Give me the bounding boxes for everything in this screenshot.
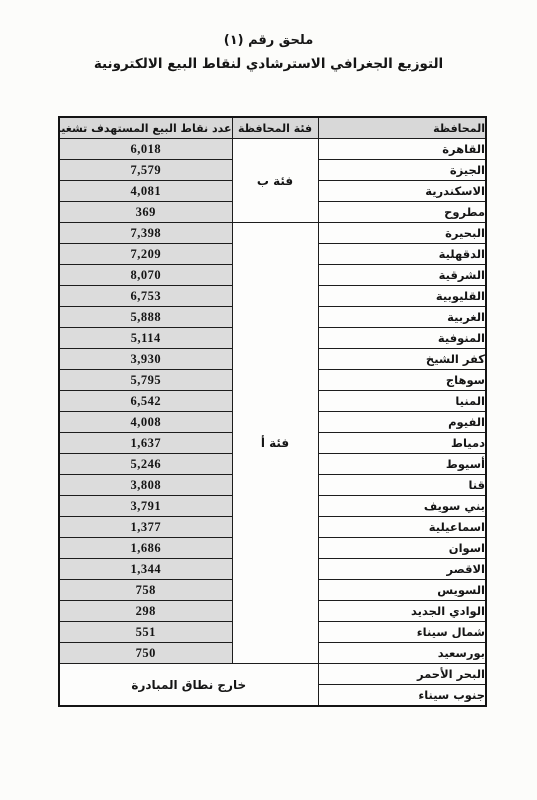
governorate-cell: دمياط [318, 433, 486, 454]
governorate-cell: سوهاج [318, 370, 486, 391]
governorate-cell: بني سويف [318, 496, 486, 517]
header-target-pos: عدد نقاط البيع المستهدف تشغيلها [59, 117, 232, 139]
value-cell: 7,209 [59, 244, 232, 265]
value-cell: 4,081 [59, 181, 232, 202]
governorate-cell: الدقهلية [318, 244, 486, 265]
governorate-cell: المنيا [318, 391, 486, 412]
value-cell: 551 [59, 622, 232, 643]
appendix-number: ملحق رقم (١) [0, 30, 537, 52]
table-row: البحيرةفئة أ7,398 [59, 223, 486, 244]
governorate-cell: الوادي الجديد [318, 601, 486, 622]
value-cell: 3,930 [59, 349, 232, 370]
value-cell: 369 [59, 202, 232, 223]
value-cell: 1,686 [59, 538, 232, 559]
header-category: فئة المحافظة [232, 117, 318, 139]
value-cell: 4,008 [59, 412, 232, 433]
governorate-cell: مطروح [318, 202, 486, 223]
governorate-cell: الاقصر [318, 559, 486, 580]
table-row: البحر الأحمرخارج نطاق المبادرة [59, 664, 486, 685]
scanned-document-page: { "page": { "title_line1": "ملحق رقم (١)… [0, 0, 537, 800]
value-cell: 3,808 [59, 475, 232, 496]
value-cell: 1,377 [59, 517, 232, 538]
value-cell: 8,070 [59, 265, 232, 286]
governorate-cell: الفيوم [318, 412, 486, 433]
value-cell: 3,791 [59, 496, 232, 517]
table-row: القاهرةفئة ب6,018 [59, 139, 486, 160]
value-cell: 1,637 [59, 433, 232, 454]
value-cell: 6,542 [59, 391, 232, 412]
governorate-cell: قنا [318, 475, 486, 496]
document-title: التوزيع الجغرافي الاسترشادي لنقاط البيع … [0, 52, 537, 76]
governorate-cell: الاسكندرية [318, 181, 486, 202]
value-cell: 6,018 [59, 139, 232, 160]
outside-scope-cell: خارج نطاق المبادرة [59, 664, 318, 707]
table-header-row: المحافظة فئة المحافظة عدد نقاط البيع الم… [59, 117, 486, 139]
value-cell: 758 [59, 580, 232, 601]
value-cell: 5,246 [59, 454, 232, 475]
value-cell: 750 [59, 643, 232, 664]
category-cell: فئة ب [232, 139, 318, 223]
value-cell: 6,753 [59, 286, 232, 307]
governorate-cell: جنوب سيناء [318, 685, 486, 707]
governorate-cell: البحر الأحمر [318, 664, 486, 685]
governorate-cell: القليوبية [318, 286, 486, 307]
category-cell: فئة أ [232, 223, 318, 664]
governorate-cell: البحيرة [318, 223, 486, 244]
governorate-cell: الغربية [318, 307, 486, 328]
value-cell: 5,114 [59, 328, 232, 349]
header-governorate: المحافظة [318, 117, 486, 139]
governorate-cell: القاهرة [318, 139, 486, 160]
value-cell: 1,344 [59, 559, 232, 580]
value-cell: 5,888 [59, 307, 232, 328]
governorate-cell: اسوان [318, 538, 486, 559]
governorate-cell: المنوفية [318, 328, 486, 349]
governorate-cell: أسيوط [318, 454, 486, 475]
governorate-cell: الجيزة [318, 160, 486, 181]
governorate-cell: شمال سيناء [318, 622, 486, 643]
governorate-cell: كفر الشيخ [318, 349, 486, 370]
governorate-cell: السويس [318, 580, 486, 601]
value-cell: 5,795 [59, 370, 232, 391]
value-cell: 7,398 [59, 223, 232, 244]
document-header: ملحق رقم (١) التوزيع الجغرافي الاسترشادي… [0, 0, 537, 76]
governorate-cell: الشرقية [318, 265, 486, 286]
distribution-table: المحافظة فئة المحافظة عدد نقاط البيع الم… [58, 116, 487, 707]
governorate-cell: بورسعيد [318, 643, 486, 664]
value-cell: 298 [59, 601, 232, 622]
governorate-cell: اسماعيلية [318, 517, 486, 538]
value-cell: 7,579 [59, 160, 232, 181]
